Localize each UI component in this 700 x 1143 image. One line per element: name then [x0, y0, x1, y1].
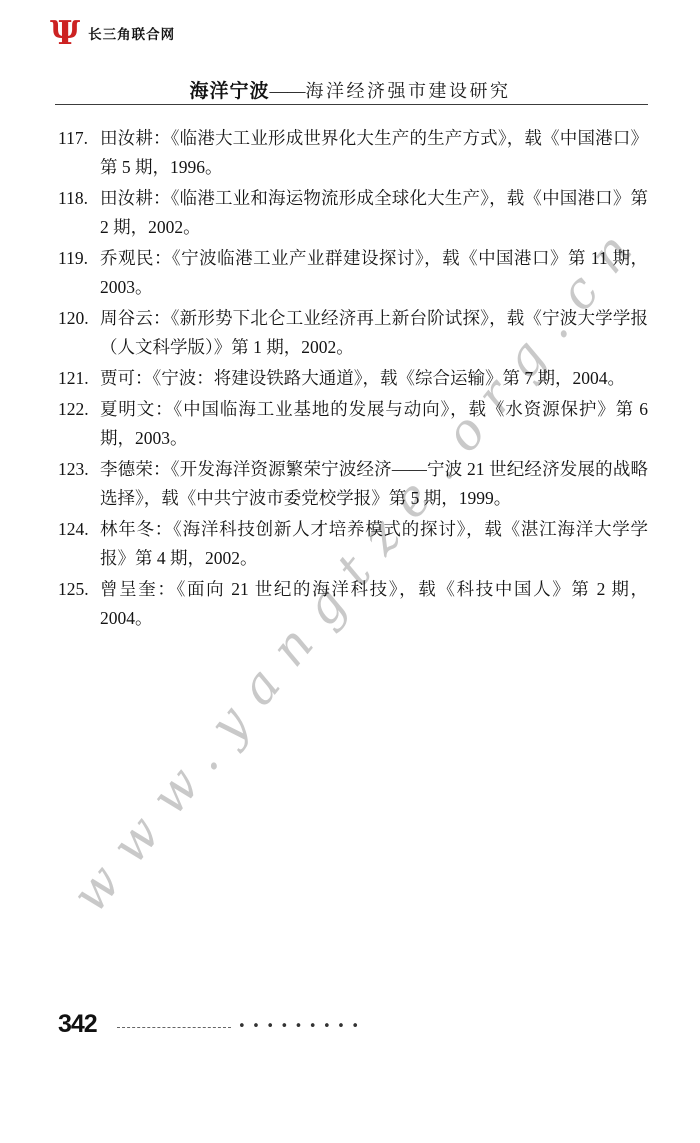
reference-text: 乔观民：《宁波临港工业产业群建设探讨》，载《中国港口》第 11 期，2003。 [100, 244, 648, 302]
reference-number: 123. [58, 455, 100, 513]
reference-text: 林年冬：《海洋科技创新人才培养模式的探讨》，载《湛江海洋大学学报》第 4 期，2… [100, 515, 648, 573]
reference-text: 田汝耕：《临港工业和海运物流形成全球化大生产》，载《中国港口》第 2 期，200… [100, 184, 648, 242]
reference-text: 李德荣：《开发海洋资源繁荣宁波经济——宁波 21 世纪经济发展的战略选择》，载《… [100, 455, 648, 513]
reference-item: 120. 周谷云：《新形势下北仑工业经济再上新台阶试探》，载《宁波大学学报（人文… [58, 304, 648, 362]
reference-item: 124. 林年冬：《海洋科技创新人才培养模式的探讨》，载《湛江海洋大学学报》第 … [58, 515, 648, 573]
reference-number: 119. [58, 244, 100, 302]
reference-number: 121. [58, 364, 100, 393]
reference-item: 118. 田汝耕：《临港工业和海运物流形成全球化大生产》，载《中国港口》第 2 … [58, 184, 648, 242]
reference-number: 120. [58, 304, 100, 362]
site-logo: Ψ 长三角联合网 [50, 16, 175, 49]
reference-item: 119. 乔观民：《宁波临港工业产业群建设探讨》，载《中国港口》第 11 期，2… [58, 244, 648, 302]
book-title-main: 海洋宁波 [189, 81, 269, 102]
reference-number: 117. [58, 124, 100, 182]
reference-item: 121. 贾可：《宁波：将建设铁路大通道》，载《综合运输》第 7 期，2004。 [58, 364, 648, 393]
reference-item: 117. 田汝耕：《临港大工业形成世界化大生产的生产方式》，载《中国港口》第 5… [58, 124, 648, 182]
reference-text: 曾呈奎：《面向 21 世纪的海洋科技》，载《科技中国人》第 2 期，2004。 [100, 575, 648, 633]
reference-number: 118. [58, 184, 100, 242]
reference-number: 122. [58, 395, 100, 453]
footer-dots-decoration: ••••••••• [238, 1019, 366, 1034]
site-logo-text: 长三角联合网 [88, 23, 175, 43]
reference-text: 贾可：《宁波：将建设铁路大通道》，载《综合运输》第 7 期，2004。 [100, 364, 648, 393]
reference-item: 123. 李德荣：《开发海洋资源繁荣宁波经济——宁波 21 世纪经济发展的战略选… [58, 455, 648, 513]
reference-list: 117. 田汝耕：《临港大工业形成世界化大生产的生产方式》，载《中国港口》第 5… [58, 124, 648, 635]
reference-text: 田汝耕：《临港大工业形成世界化大生产的生产方式》，载《中国港口》第 5 期，19… [100, 124, 648, 182]
psi-logo-icon: Ψ [50, 16, 80, 49]
reference-item: 125. 曾呈奎：《面向 21 世纪的海洋科技》，载《科技中国人》第 2 期，2… [58, 575, 648, 633]
reference-number: 124. [58, 515, 100, 573]
book-title-subtitle: 海洋经济强市建设研究 [306, 81, 511, 101]
reference-item: 122. 夏明文：《中国临海工业基地的发展与动向》，载《水资源保护》第 6 期，… [58, 395, 648, 453]
footer-divider [117, 1027, 231, 1028]
running-head: 海洋宁波——海洋经济强市建设研究 [0, 76, 700, 103]
page-number: 342 [58, 1010, 97, 1039]
reference-number: 125. [58, 575, 100, 633]
reference-text: 周谷云：《新形势下北仑工业经济再上新台阶试探》，载《宁波大学学报（人文科学版）》… [100, 304, 648, 362]
reference-text: 夏明文：《中国临海工业基地的发展与动向》，载《水资源保护》第 6 期，2003。 [100, 395, 648, 453]
header-divider [55, 104, 648, 105]
book-title-dash: —— [270, 81, 306, 101]
